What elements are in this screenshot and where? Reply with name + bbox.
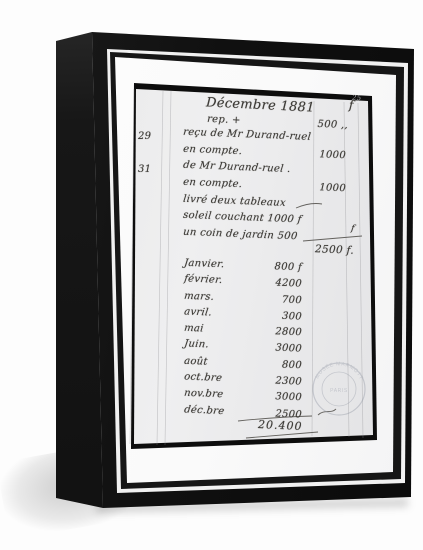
entry-amount (306, 213, 347, 231)
day-number-31: 31 (138, 164, 151, 175)
month-label: août (183, 354, 208, 371)
month-label: Juin. (183, 337, 210, 354)
day-number-29: 29 (138, 131, 151, 142)
entry-label: en compte. (182, 175, 243, 194)
carry-label: rep. + (207, 114, 241, 127)
month-value: 800 (258, 356, 303, 374)
month-label: oct.bre (183, 369, 223, 387)
currency-column-header: f (349, 98, 354, 112)
month-label: nov.bre (183, 386, 224, 404)
framed-ledger-photo: MUSÉE MARMOTTAN PARIS 25 Décembre 1881 f… (0, 0, 423, 550)
subtotal-value: 2500 f. (315, 243, 354, 257)
month-value: 4200 (257, 275, 302, 293)
entry-amount (311, 130, 352, 148)
month-label: mars. (183, 288, 215, 305)
entry-list: reçu de Mr Durand-ruel en compte. 1000 d… (183, 128, 346, 245)
month-label: février. (183, 272, 224, 290)
entry-amount (306, 163, 347, 181)
entry-amount: 1000 (306, 180, 347, 198)
month-value: 700 (258, 291, 303, 309)
entry-label: un coin de jardin 500 (182, 225, 298, 246)
monthly-totals-list: Janvier. 800 f février. 4200 mars. 700 a… (184, 258, 302, 421)
month-value: 3000 (257, 340, 302, 358)
month-label: mai (183, 321, 204, 338)
month-value: 800 f (258, 259, 303, 277)
month-value: 3000 (258, 389, 303, 407)
month-label: avril. (183, 304, 213, 321)
grand-total-value: 20.400 (258, 418, 303, 433)
month-label: déc.bre (183, 402, 225, 420)
